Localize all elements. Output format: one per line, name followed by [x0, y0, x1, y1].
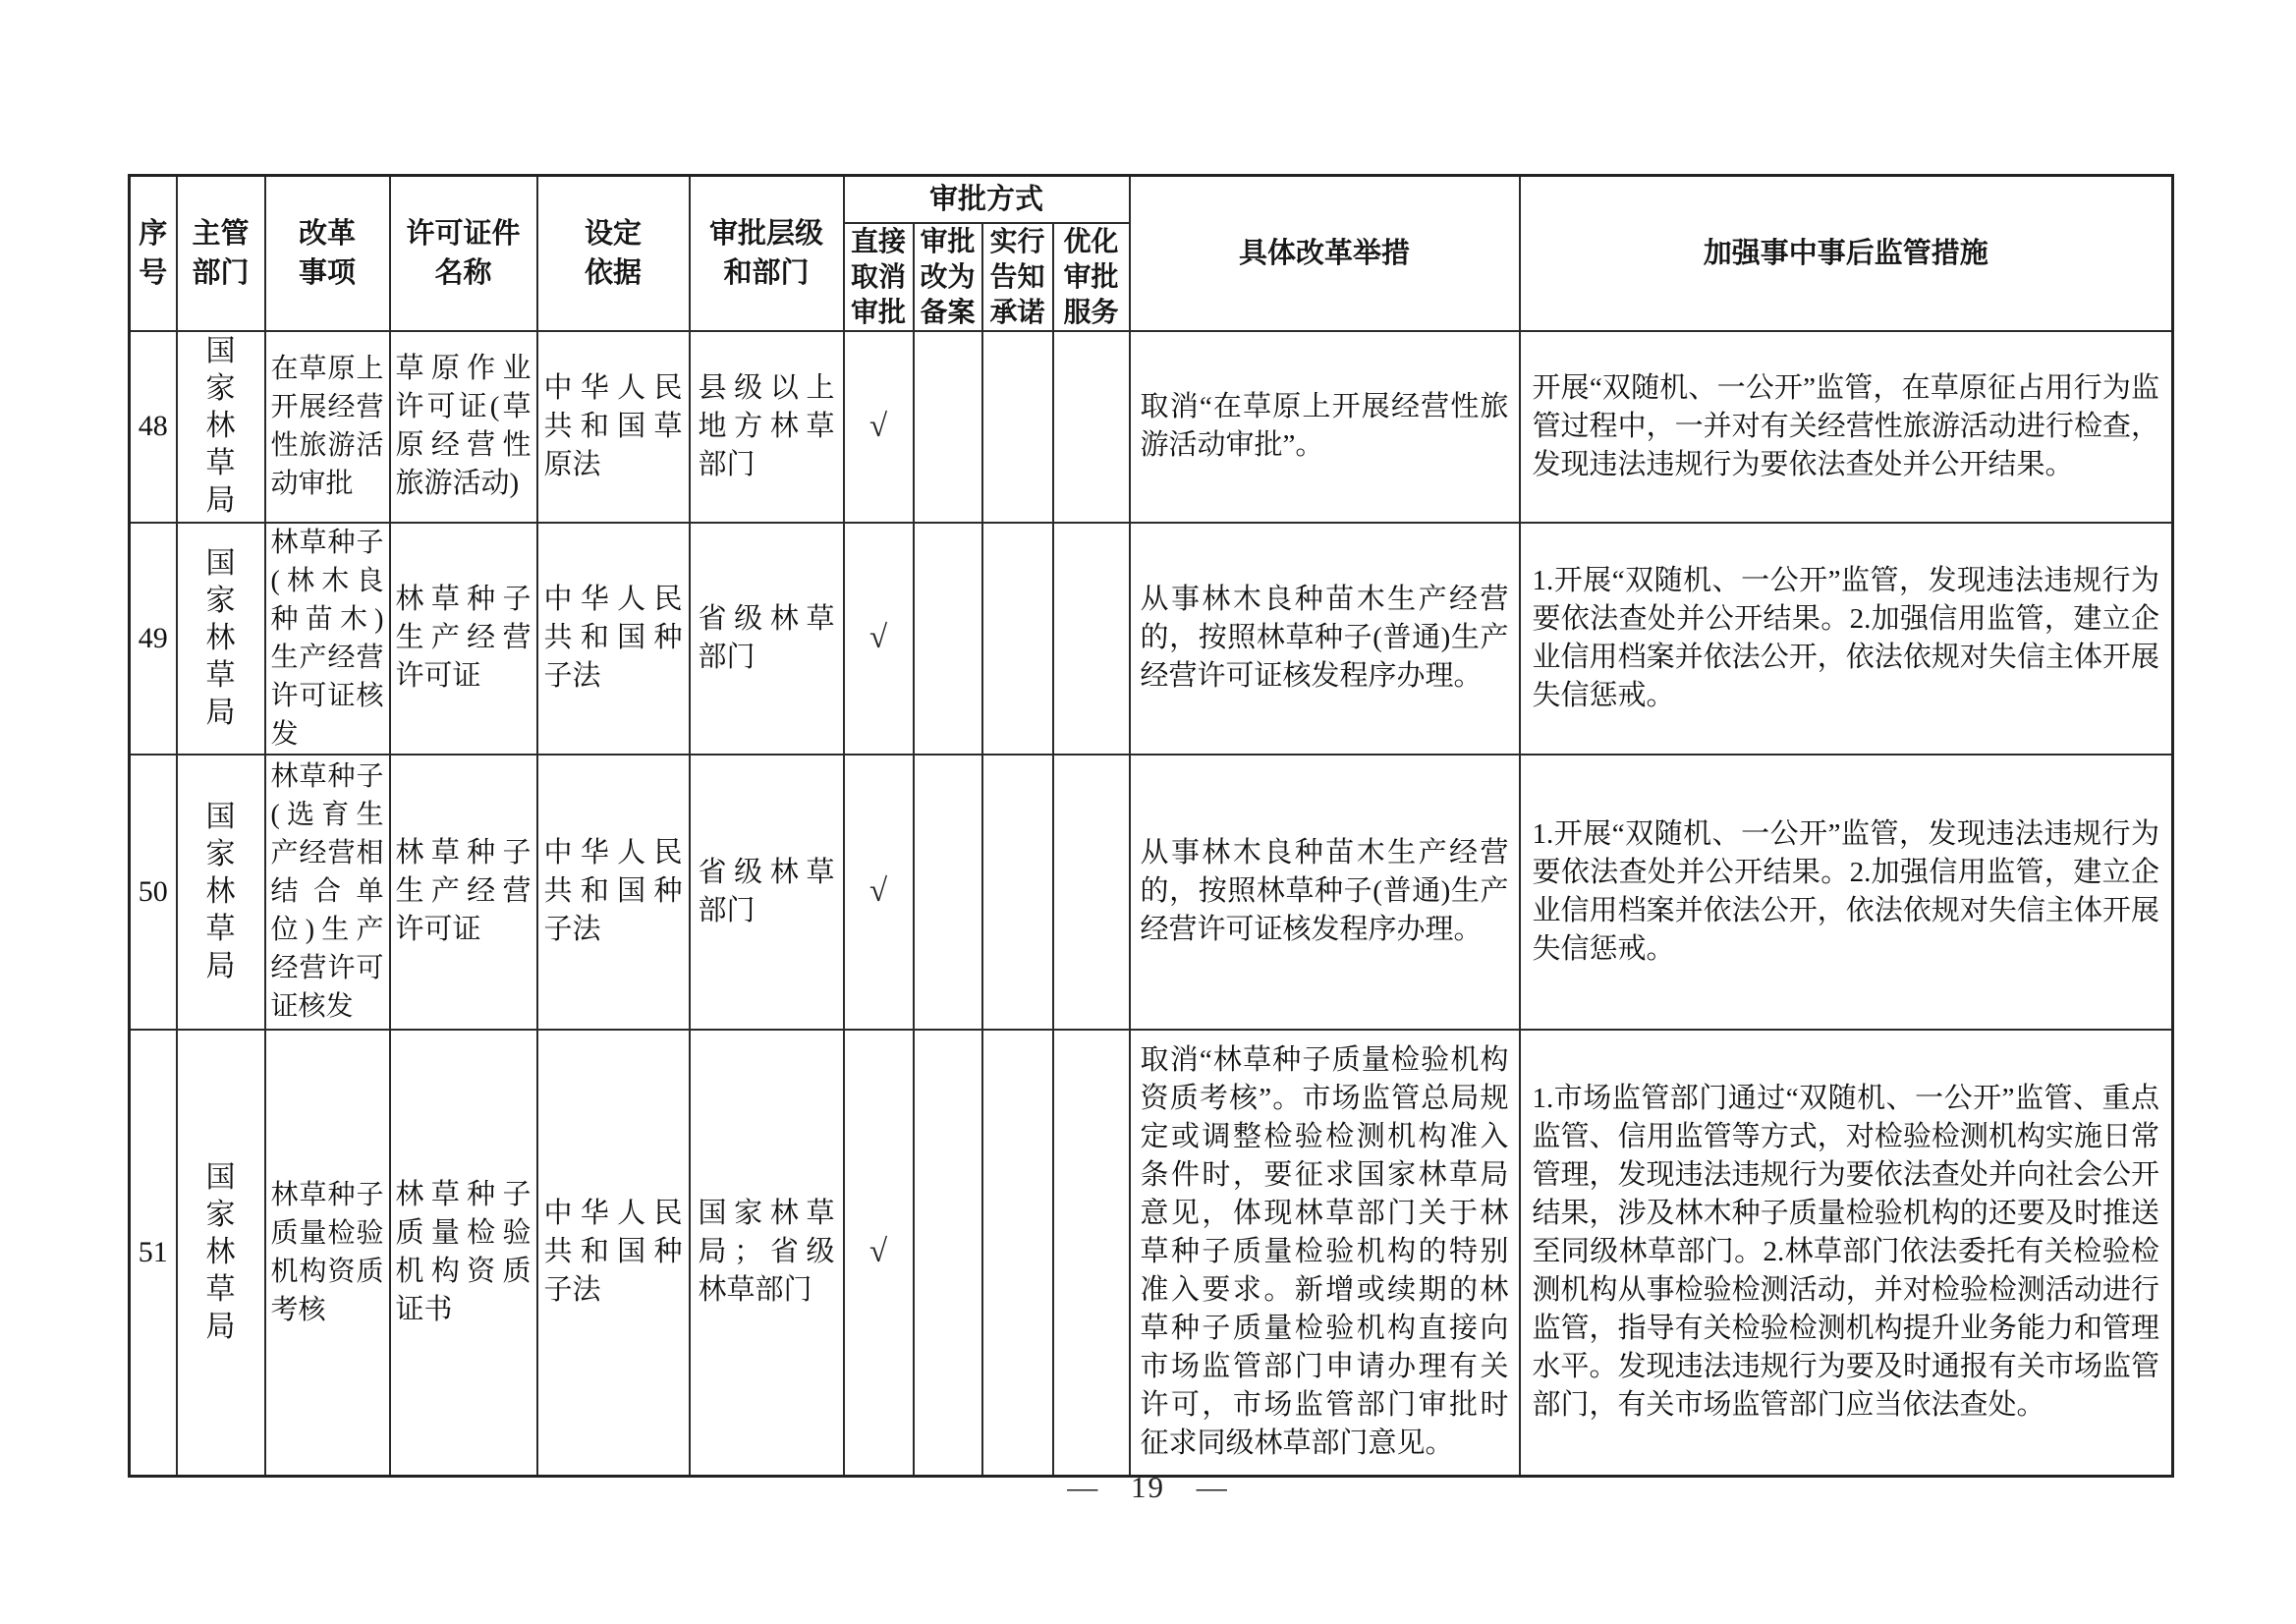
page: { "page": { "footer_page_number": "— 19 …	[0, 0, 2296, 1624]
cell-reform-item: 林草种子质量检验机构资质考核	[265, 1030, 390, 1477]
cell-method-record	[914, 331, 982, 523]
department-vertical-text: 国家林草局	[206, 1159, 236, 1346]
col-header-method-cancel: 直接 取消 审批	[844, 223, 914, 331]
table-row-51: 51 国家林草局 林草种子质量检验机构资质考核 林草种子质量检验机构资质证书 中…	[130, 1030, 2173, 1477]
cell-measures: 从事林木良种苗木生产经营的，按照林草种子(普通)生产经营许可证核发程序办理。	[1130, 523, 1520, 755]
col-header-approval-method-group: 审批方式	[844, 176, 1130, 223]
cell-measures: 从事林木良种苗木生产经营的，按照林草种子(普通)生产经营许可证核发程序办理。	[1130, 755, 1520, 1030]
cell-method-record	[914, 1030, 982, 1477]
table-row-50: 50 国家林草局 林草种子(选育生产经营相结合单位)生产经营许可证核发 林草种子…	[130, 755, 2173, 1030]
cell-method-notice	[982, 523, 1053, 755]
col-header-reform-item: 改革 事项	[265, 176, 390, 331]
cell-license-name: 林草种子生产经营许可证	[390, 523, 537, 755]
cell-basis: 中华人民共和国种子法	[537, 755, 690, 1030]
cell-method-optimize	[1053, 1030, 1130, 1477]
cell-index: 50	[130, 755, 177, 1030]
cell-measures: 取消“在草原上开展经营性旅游活动审批”。	[1130, 331, 1520, 523]
cell-supervision: 开展“双随机、一公开”监管，在草原征占用行为监管过程中，一并对有关经营性旅游活动…	[1520, 331, 2173, 523]
cell-method-cancel-checkmark: √	[844, 331, 914, 523]
cell-license-name: 草原作业许可证(草原经营性旅游活动)	[390, 331, 537, 523]
cell-department: 国家林草局	[177, 1030, 265, 1477]
cell-supervision: 1.开展“双随机、一公开”监管，发现违法违规行为要依法查处并公开结果。2.加强信…	[1520, 523, 2173, 755]
cell-method-optimize	[1053, 523, 1130, 755]
col-header-index: 序 号	[130, 176, 177, 331]
col-header-measures: 具体改革举措	[1130, 176, 1520, 331]
cell-index: 51	[130, 1030, 177, 1477]
department-vertical-text: 国家林草局	[206, 333, 236, 520]
cell-method-notice	[982, 1030, 1053, 1477]
page-number: — 19 —	[0, 1470, 2296, 1505]
cell-department: 国家林草局	[177, 755, 265, 1030]
cell-approval-level: 国家林草局；省级林草部门	[690, 1030, 844, 1477]
cell-method-optimize	[1053, 331, 1130, 523]
cell-approval-level: 县级以上地方林草部门	[690, 331, 844, 523]
cell-method-record	[914, 755, 982, 1030]
cell-basis: 中华人民共和国草原法	[537, 331, 690, 523]
col-header-basis: 设定 依据	[537, 176, 690, 331]
cell-method-optimize	[1053, 755, 1130, 1030]
cell-basis: 中华人民共和国种子法	[537, 1030, 690, 1477]
cell-supervision: 1.开展“双随机、一公开”监管，发现违法违规行为要依法查处并公开结果。2.加强信…	[1520, 755, 2173, 1030]
cell-index: 49	[130, 523, 177, 755]
cell-department: 国家林草局	[177, 523, 265, 755]
cell-basis: 中华人民共和国种子法	[537, 523, 690, 755]
cell-index: 48	[130, 331, 177, 523]
col-header-method-record: 审批 改为 备案	[914, 223, 982, 331]
cell-method-record	[914, 523, 982, 755]
cell-supervision: 1.市场监管部门通过“双随机、一公开”监管、重点监管、信用监管等方式，对检验检测…	[1520, 1030, 2173, 1477]
table-row-49: 49 国家林草局 林草种子(林木良种苗木)生产经营许可证核发 林草种子生产经营许…	[130, 523, 2173, 755]
cell-approval-level: 省级林草部门	[690, 523, 844, 755]
cell-department: 国家林草局	[177, 331, 265, 523]
col-header-department: 主管 部门	[177, 176, 265, 331]
department-vertical-text: 国家林草局	[206, 545, 236, 732]
cell-method-cancel-checkmark: √	[844, 1030, 914, 1477]
cell-reform-item: 在草原上开展经营性旅游活动审批	[265, 331, 390, 523]
cell-approval-level: 省级林草部门	[690, 755, 844, 1030]
cell-reform-item: 林草种子(林木良种苗木)生产经营许可证核发	[265, 523, 390, 755]
reform-items-table: 序 号 主管 部门 改革 事项 许可证件 名称 设定 依据 审批层级 和部门 审…	[128, 174, 2174, 1478]
cell-license-name: 林草种子生产经营许可证	[390, 755, 537, 1030]
col-header-supervision: 加强事中事后监管措施	[1520, 176, 2173, 331]
department-vertical-text: 国家林草局	[206, 799, 236, 985]
cell-method-notice	[982, 755, 1053, 1030]
col-header-method-optimize: 优化 审批 服务	[1053, 223, 1130, 331]
cell-method-cancel-checkmark: √	[844, 755, 914, 1030]
table-row-48: 48 国家林草局 在草原上开展经营性旅游活动审批 草原作业许可证(草原经营性旅游…	[130, 331, 2173, 523]
col-header-license-name: 许可证件 名称	[390, 176, 537, 331]
cell-measures: 取消“林草种子质量检验机构资质考核”。市场监管总局规定或调整检验检测机构准入条件…	[1130, 1030, 1520, 1477]
cell-method-cancel-checkmark: √	[844, 523, 914, 755]
col-header-method-notice: 实行 告知 承诺	[982, 223, 1053, 331]
cell-reform-item: 林草种子(选育生产经营相结合单位)生产经营许可证核发	[265, 755, 390, 1030]
cell-license-name: 林草种子质量检验机构资质证书	[390, 1030, 537, 1477]
col-header-approval-level: 审批层级 和部门	[690, 176, 844, 331]
cell-method-notice	[982, 331, 1053, 523]
